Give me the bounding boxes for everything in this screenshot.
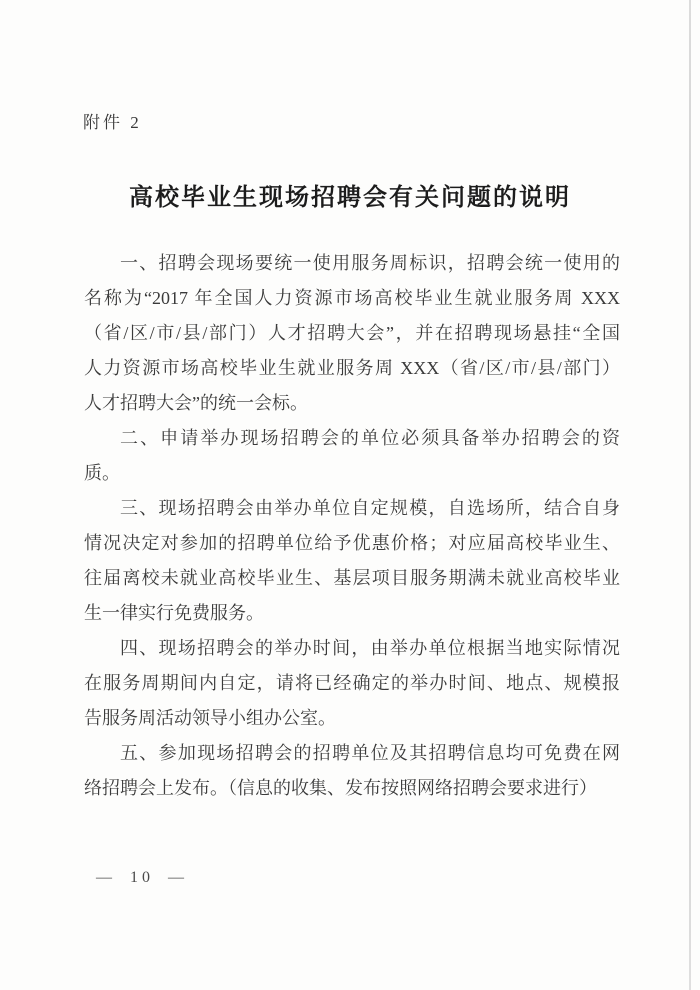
paragraph-5-line-1: 五、参加现场招聘会的招聘单位及其招聘信息均可免费在网 (84, 736, 620, 771)
paragraph-5: 五、参加现场招聘会的招聘单位及其招聘信息均可免费在网 络招聘会上发布。（信息的收… (84, 736, 620, 806)
paragraph-3: 三、现场招聘会由举办单位自定规模，自选场所，结合自身 情况决定对参加的招聘单位给… (84, 491, 620, 631)
paragraph-2: 二、申请举办现场招聘会的单位必须具备举办招聘会的资 质。 (84, 421, 620, 491)
paragraph-4-line-1: 四、现场招聘会的举办时间，由举办单位根据当地实际情况 (84, 631, 620, 666)
paragraph-3-line-3: 往届离校未就业高校毕业生、基层项目服务期满未就业高校毕业 (84, 561, 620, 596)
paragraph-1-line-1: 一、招聘会现场要统一使用服务周标识，招聘会统一使用的 (84, 246, 620, 281)
paragraph-1: 一、招聘会现场要统一使用服务周标识，招聘会统一使用的 名称为“2017 年全国人… (84, 246, 620, 421)
paragraph-2-line-2: 质。 (84, 456, 620, 491)
paragraph-3-line-2: 情况决定对参加的招聘单位给予优惠价格；对应届高校毕业生、 (84, 526, 620, 561)
paragraph-1-line-3: （省/区/市/县/部门）人才招聘大会”，并在招聘现场悬挂“全国 (84, 316, 620, 351)
scan-artifact-vertical-line (689, 0, 691, 990)
paragraph-1-line-4: 人力资源市场高校毕业生就业服务周 XXX（省/区/市/县/部门） (84, 351, 620, 386)
paragraph-1-line-5: 人才招聘大会”的统一会标。 (84, 386, 620, 421)
paragraph-3-line-1: 三、现场招聘会由举办单位自定规模，自选场所，结合自身 (84, 491, 620, 526)
attachment-label: 附件 2 (83, 108, 142, 133)
paragraph-3-line-4: 生一律实行免费服务。 (84, 596, 620, 631)
paragraph-2-line-1: 二、申请举办现场招聘会的单位必须具备举办招聘会的资 (84, 421, 620, 456)
paragraph-1-line-2: 名称为“2017 年全国人力资源市场高校毕业生就业服务周 XXX (84, 281, 620, 316)
paragraph-4-line-3: 告服务周活动领导小组办公室。 (84, 701, 620, 736)
document-title: 高校毕业生现场招聘会有关问题的说明 (0, 177, 700, 212)
document-body: 一、招聘会现场要统一使用服务周标识，招聘会统一使用的 名称为“2017 年全国人… (84, 246, 620, 806)
paragraph-5-line-2: 络招聘会上发布。（信息的收集、发布按照网络招聘会要求进行） (84, 771, 620, 806)
page-number: — 10 — (96, 869, 188, 887)
paragraph-4-line-2: 在服务周期间内自定，请将已经确定的举办时间、地点、规模报 (84, 666, 620, 701)
paragraph-4: 四、现场招聘会的举办时间，由举办单位根据当地实际情况 在服务周期间内自定，请将已… (84, 631, 620, 736)
document-page: 附件 2 高校毕业生现场招聘会有关问题的说明 一、招聘会现场要统一使用服务周标识… (0, 0, 700, 990)
